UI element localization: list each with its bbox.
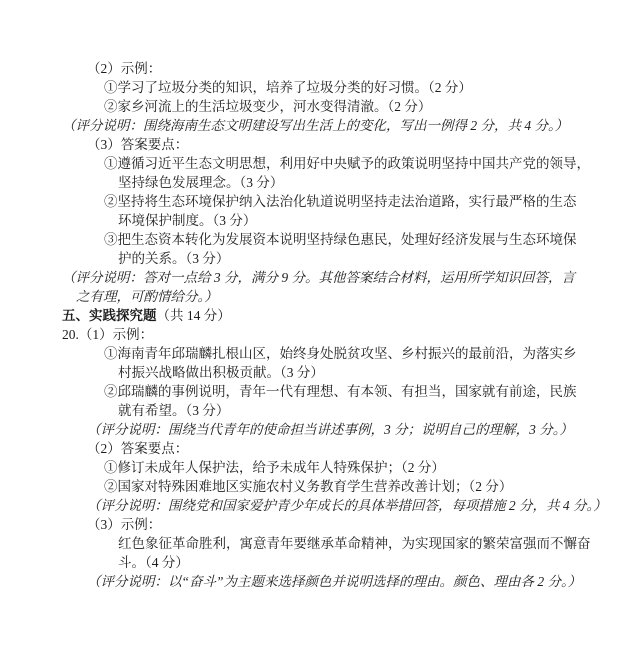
answer-point-continuation: 护的关系。（3 分） [62, 249, 587, 268]
scoring-note-continuation: 之有理，可酌情给分。） [62, 287, 587, 306]
subquestion-header: （2）答案要点： [62, 439, 587, 458]
section-score: （共 14 分） [157, 308, 231, 323]
answer-point: ③把生态资本转化为发展资本说明坚持绿色惠民，处理好经济发展与生态环境保 [62, 230, 587, 249]
answer-key-text-block: （2）示例： ①学习了垃圾分类的知识，培养了垃圾分类的好习惯。（2 分） ②家乡… [62, 59, 587, 591]
scoring-note: （评分说明：围绕党和国家爱护青少年成长的具体举措回答，每项措施 2 分，共 4 … [62, 496, 587, 515]
scoring-note: （评分说明：答对一点给 3 分，满分 9 分。其他答案结合材料，运用所学知识回答… [62, 268, 587, 287]
answer-point-continuation: 村振兴战略做出积极贡献。（3 分） [62, 363, 587, 382]
document-page: （2）示例： ①学习了垃圾分类的知识，培养了垃圾分类的好习惯。（2 分） ②家乡… [0, 0, 640, 652]
answer-point: ②坚持将生态环境保护纳入法治化轨道说明坚持走法治道路，实行最严格的生态 [62, 192, 587, 211]
answer-point: ①遵循习近平生态文明思想，利用好中央赋予的政策说明坚持中国共产党的领导， [62, 154, 587, 173]
scoring-note: （评分说明：以“奋斗”为主题来选择颜色并说明选择的理由。颜色、理由各 2 分。） [62, 572, 587, 591]
answer-point: ②国家对特殊困难地区实施农村义务教育学生营养改善计划；（2 分） [62, 477, 587, 496]
answer-point: ①学习了垃圾分类的知识，培养了垃圾分类的好习惯。（2 分） [62, 78, 587, 97]
scoring-note: （评分说明：围绕海南生态文明建设写出生活上的变化，写出一例得 2 分，共 4 分… [62, 116, 587, 135]
answer-point-continuation: 环境保护制度。（3 分） [62, 211, 587, 230]
subquestion-header: （3）答案要点： [62, 135, 587, 154]
subquestion-header: （2）示例： [62, 59, 587, 78]
subquestion-header: （3）示例： [62, 515, 587, 534]
answer-point: ②家乡河流上的生活垃圾变少，河水变得清澈。（2 分） [62, 97, 587, 116]
answer-point: ②邱瑞麟的事例说明，青年一代有理想、有本领、有担当，国家就有前途，民族 [62, 382, 587, 401]
answer-point: ①海南青年邱瑞麟扎根山区，始终身处脱贫攻坚、乡村振兴的最前沿，为落实乡 [62, 344, 587, 363]
answer-point-continuation: 就有希望。（3 分） [62, 401, 587, 420]
answer-point: ①修订未成年人保护法，给予未成年人特殊保护；（2 分） [62, 458, 587, 477]
answer-point-continuation: 坚持绿色发展理念。（3 分） [62, 173, 587, 192]
scoring-note: （评分说明：围绕当代青年的使命担当讲述事例，3 分；说明自己的理解，3 分。） [62, 420, 587, 439]
section-title: 五、实践探究题 [62, 308, 157, 323]
section-heading: 五、实践探究题（共 14 分） [62, 306, 587, 325]
answer-example-text: 红色象征革命胜利，寓意青年要继承革命精神，为实现国家的繁荣富强而不懈奋 [62, 534, 587, 553]
question-20-header: 20.（1）示例： [62, 325, 587, 344]
answer-example-continuation: 斗。（4 分） [62, 553, 587, 572]
